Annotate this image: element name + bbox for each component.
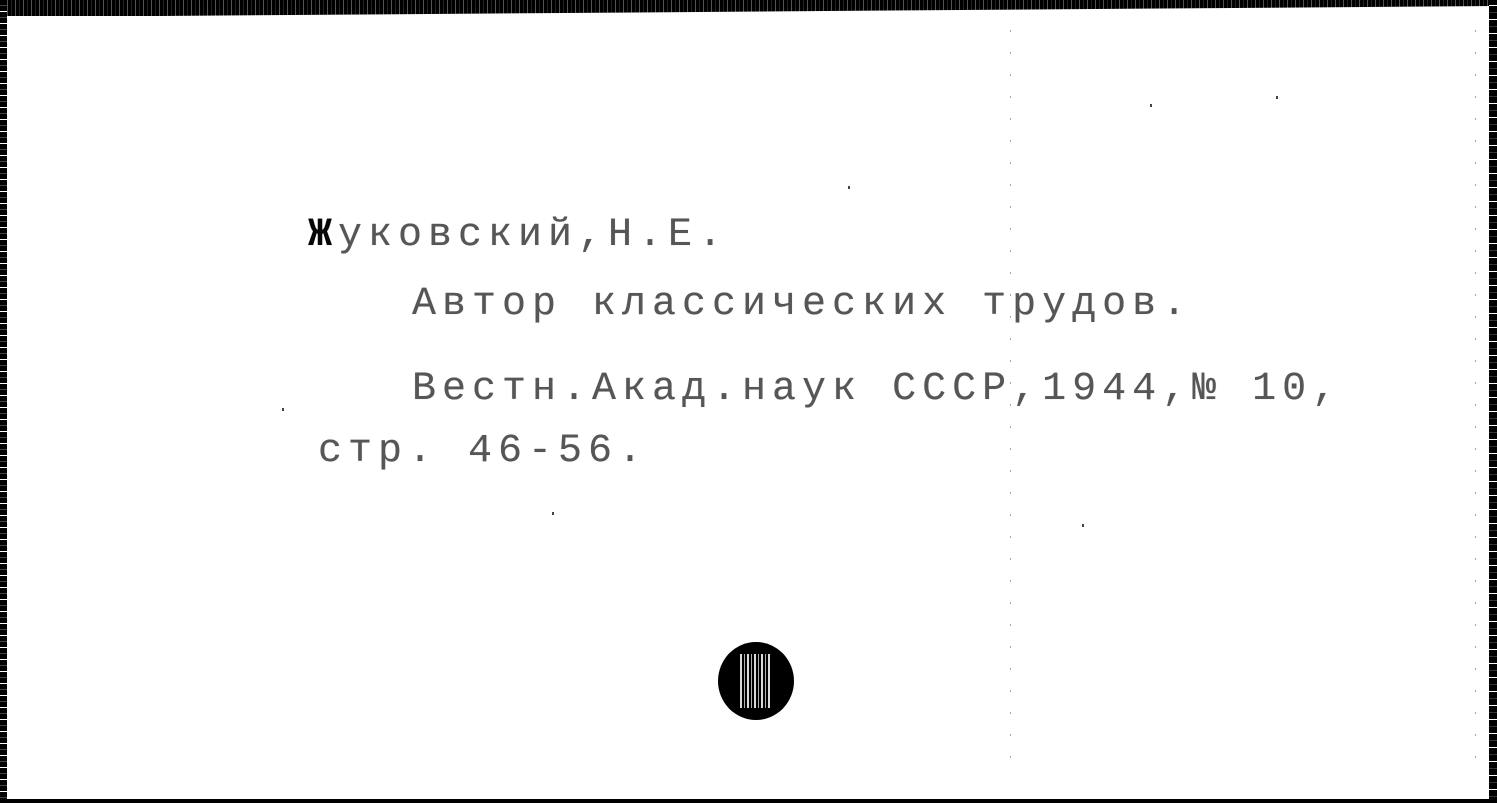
author-heading: Жуковский,Н.Е.	[308, 216, 728, 256]
dust-speck	[1082, 524, 1084, 527]
card-bottom-edge	[0, 799, 1497, 803]
card-right-edge	[1489, 0, 1497, 803]
catalog-card: Жуковский,Н.Е. Автор классических трудов…	[0, 0, 1497, 803]
author-name-rest: уковский,Н.Е.	[338, 213, 728, 258]
scan-artifact-line	[1475, 30, 1476, 770]
card-left-edge	[0, 0, 7, 803]
dust-speck	[848, 186, 850, 189]
dust-speck	[552, 512, 554, 515]
dust-speck	[1150, 104, 1152, 107]
author-initial-letter: Ж	[308, 213, 338, 258]
page-range: стр. 46-56.	[318, 432, 648, 472]
source-citation: Вестн.Акад.наук СССР,1944,№ 10,	[412, 370, 1342, 410]
punch-hole	[718, 642, 794, 720]
dust-speck	[282, 408, 284, 411]
dust-speck	[1276, 96, 1278, 99]
work-title: Автор классических трудов.	[412, 285, 1192, 325]
card-top-edge	[0, 0, 1497, 16]
